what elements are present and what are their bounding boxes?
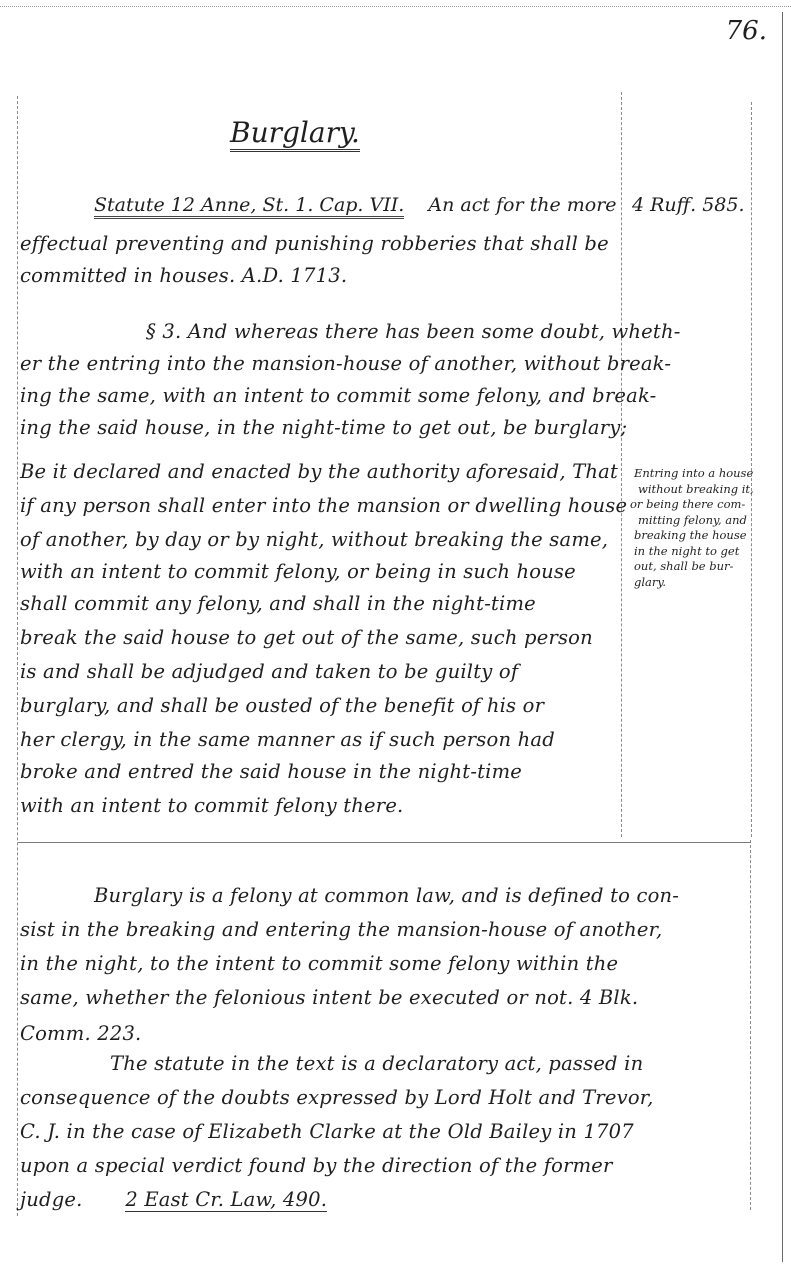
side-note-line: or being there com- [630, 497, 764, 513]
section-3-line: broke and entred the said house in the n… [20, 760, 522, 783]
section-3-line: of another, by day or by night, without … [20, 528, 608, 551]
statute-citation: Statute 12 Anne, St. 1. Cap. VII. [94, 194, 404, 219]
side-note-line: breaking the house [634, 528, 764, 544]
side-note-line: mitting felony, and [634, 513, 764, 529]
section-3-line: ing the same, with an intent to commit s… [20, 384, 656, 407]
statute-title-line-3: committed in houses. A.D. 1713. [20, 264, 347, 287]
statute-header-line: Statute 12 Anne, St. 1. Cap. VII. An act… [94, 194, 617, 216]
side-note: Entring into a house without breaking it… [634, 466, 764, 590]
section-3-line: break the said house to get out of the s… [20, 626, 593, 649]
right-text-margin-rule [621, 92, 622, 837]
top-edge-speckle [0, 6, 791, 7]
section-3-line: burglary, and shall be ousted of the ben… [20, 694, 544, 717]
section-3-line: is and shall be adjudged and taken to be… [20, 660, 518, 683]
commentary-line: Comm. 223. [20, 1022, 141, 1045]
section-3-line: er the entring into the mansion-house of… [20, 352, 671, 375]
commentary-line: The statute in the text is a declaratory… [110, 1052, 643, 1075]
section-3-line: § 3. And whereas there has been some dou… [146, 320, 681, 343]
side-note-line: in the night to get [634, 544, 764, 560]
page-heading: Burglary. [230, 116, 360, 152]
section-3-line: with an intent to commit felony there. [20, 794, 403, 817]
east-citation: 2 East Cr. Law, 490. [125, 1188, 327, 1212]
section-divider [18, 842, 751, 843]
side-note-line: Entring into a house [634, 466, 764, 482]
commentary-line: consequence of the doubts expressed by L… [20, 1086, 654, 1109]
commentary-line: upon a special verdict found by the dire… [20, 1154, 613, 1177]
statute-title-line-2: effectual preventing and punishing robbe… [20, 232, 609, 255]
margin-reference: 4 Ruff. 585. [632, 194, 745, 216]
commentary-line: in the night, to the intent to commit so… [20, 952, 618, 975]
side-note-line: glary. [634, 575, 764, 591]
commentary-line: Burglary is a felony at common law, and … [94, 884, 679, 907]
commentary-line: C. J. in the case of Elizabeth Clarke at… [20, 1120, 634, 1143]
section-3-line: ing the said house, in the night-time to… [20, 416, 627, 439]
side-note-line: without breaking it, [634, 482, 764, 498]
side-note-line: out, shall be bur- [634, 559, 764, 575]
page-number: 76. [726, 16, 767, 46]
section-3-line: Be it declared and enacted by the author… [20, 460, 618, 483]
section-3-line: her clergy, in the same manner as if suc… [20, 728, 555, 751]
page-edge-rule [782, 12, 783, 1262]
manuscript-page: 76. Burglary. Statute 12 Anne, St. 1. Ca… [0, 0, 791, 1269]
statute-title-line-1: An act for the more [428, 194, 616, 216]
left-margin-rule [17, 96, 18, 1216]
commentary-line: judge. [20, 1188, 83, 1211]
commentary-line: same, whether the felonious intent be ex… [20, 986, 638, 1009]
section-3-line: with an intent to commit felony, or bein… [20, 560, 576, 583]
lower-right-rule [750, 840, 751, 1210]
commentary-line: sist in the breaking and entering the ma… [20, 918, 662, 941]
section-3-line: if any person shall enter into the mansi… [20, 494, 627, 517]
section-3-line: shall commit any felony, and shall in th… [20, 592, 536, 615]
commentary-final-line: judge. 2 East Cr. Law, 490. [20, 1188, 327, 1211]
